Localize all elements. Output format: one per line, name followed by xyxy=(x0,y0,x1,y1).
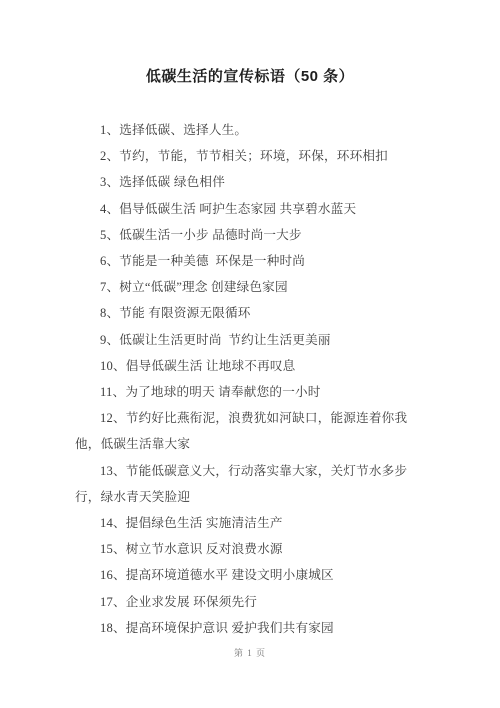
list-item: 9、低碳让生活更时尚 节约让生活更美丽 xyxy=(75,327,428,353)
slogan-list: 1、选择低碳、选择人生。2、节约，节能，节节相关；环境，环保，环环相扣3、选择低… xyxy=(75,117,428,641)
page-title: 低碳生活的宣传标语（50 条） xyxy=(0,63,500,91)
list-item: 2、节约，节能，节节相关；环境，环保，环环相扣 xyxy=(75,143,428,169)
list-item: 3、选择低碳 绿色相伴 xyxy=(75,169,428,195)
list-item: 15、树立节水意识 反对浪费水源 xyxy=(75,536,428,562)
list-item: 8、节能 有限资源无限循环 xyxy=(75,300,428,326)
document-page: 低碳生活的宣传标语（50 条） 1、选择低碳、选择人生。2、节约，节能，节节相关… xyxy=(0,0,500,708)
list-item: 4、倡导低碳生活 呵护生态家园 共享碧水蓝天 xyxy=(75,196,428,222)
list-item: 14、提倡绿色生活 实施清洁生产 xyxy=(75,510,428,536)
list-item: 16、提高环境道德水平 建设文明小康城区 xyxy=(75,562,428,588)
list-item: 5、低碳生活一小步 品德时尚一大步 xyxy=(75,222,428,248)
list-item: 10、倡导低碳生活 让地球不再叹息 xyxy=(75,353,428,379)
list-item: 6、节能是一种美德 环保是一种时尚 xyxy=(75,248,428,274)
list-item: 13、节能低碳意义大，行动落实靠大家，关灯节水多步行，绿水青天笑脸迎 xyxy=(75,458,428,510)
list-item: 17、企业求发展 环保须先行 xyxy=(75,589,428,615)
list-item: 11、为了地球的明天 请奉献您的一小时 xyxy=(75,379,428,405)
page-number: 第 1 页 xyxy=(0,646,500,659)
list-item: 18、提高环境保护意识 爱护我们共有家园 xyxy=(75,615,428,641)
list-item: 7、树立“低碳”理念 创建绿色家园 xyxy=(75,274,428,300)
list-item: 1、选择低碳、选择人生。 xyxy=(75,117,428,143)
list-item: 12、节约好比燕衔泥，浪费犹如河缺口，能源连着你我他，低碳生活靠大家 xyxy=(75,405,428,457)
